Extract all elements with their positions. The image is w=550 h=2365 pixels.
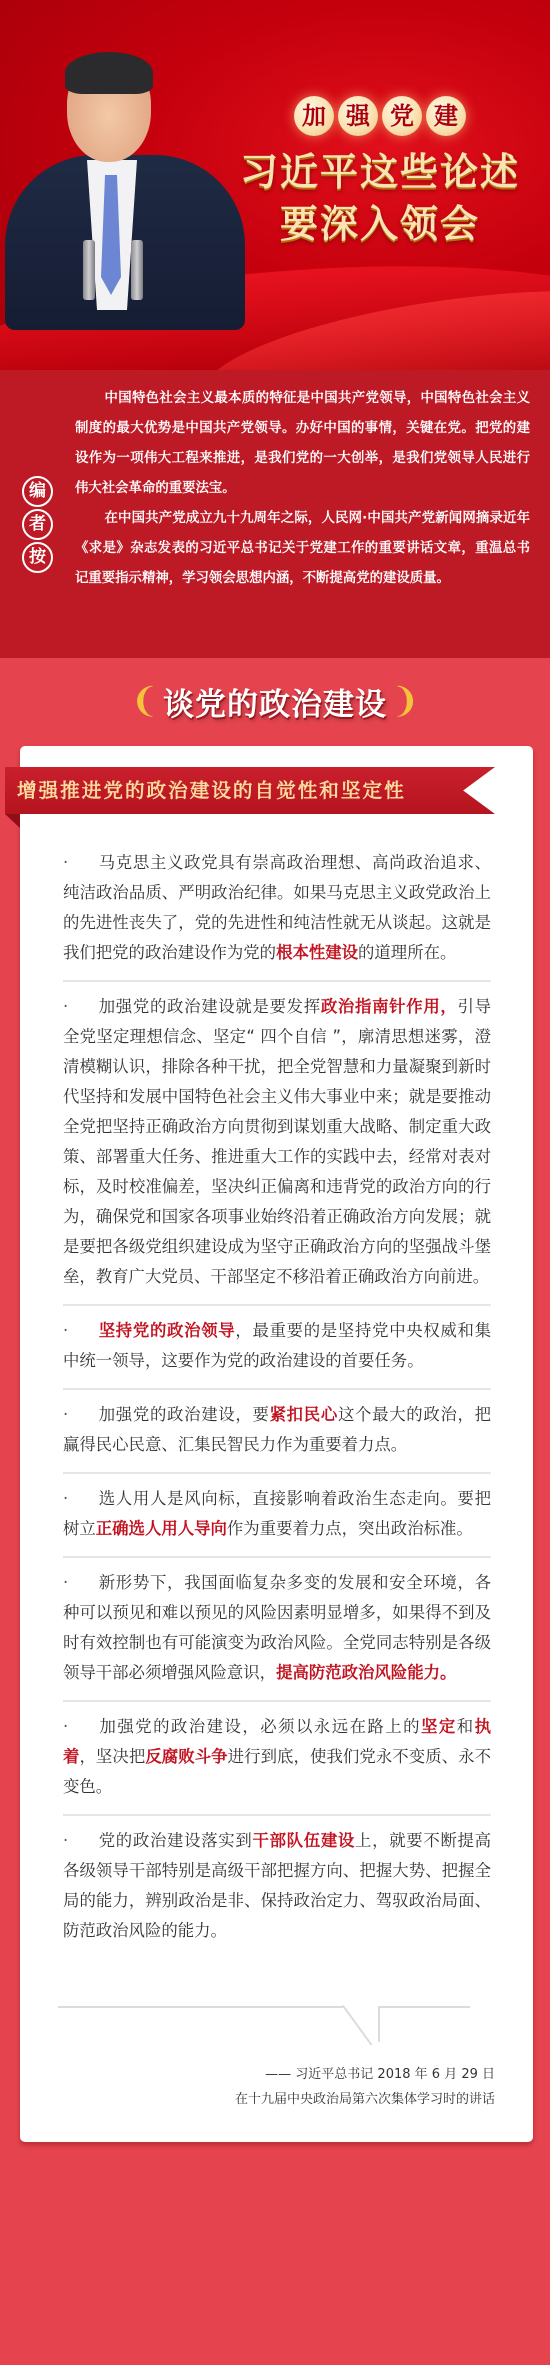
laurel-left-icon: ❨ xyxy=(131,678,160,724)
list-item: ·坚持党的政治领导，最重要的是坚持党中央权威和集中统一领导，这要作为党的政治建设… xyxy=(63,1306,491,1390)
list-item: ·新形势下，我国面临复杂多变的发展和安全环境，各种可以预见和难以预见的风险因素明… xyxy=(63,1558,491,1702)
list-item: ·马克思主义政党具有崇高政治理想、高尚政治追求、纯洁政治品质、严明政治纪律。如果… xyxy=(63,838,491,982)
section-political-building: ❨ 谈党的政治建设 ❩ 增强推进党的政治建设的自觉性和坚定性 ·马克思主义政党具… xyxy=(0,658,550,2178)
body-text: 的道理所在。 xyxy=(358,943,456,962)
hero-badge: 强 xyxy=(338,96,378,136)
highlight-text: 紧扣民心 xyxy=(270,1405,338,1424)
editor-note-char: 编 xyxy=(22,476,53,507)
hero-badge: 党 xyxy=(382,96,422,136)
highlight-text: 坚持党的政治领导 xyxy=(98,1321,235,1340)
hero-badge: 建 xyxy=(426,96,466,136)
laurel-right-icon: ❩ xyxy=(391,678,420,724)
editor-note-paragraph: 中国特色社会主义最本质的特征是中国共产党领导，中国特色社会主义制度的最大优势是中… xyxy=(75,384,530,504)
body-text: ，坚决把 xyxy=(79,1747,145,1766)
body-text: 引导全党坚定理想信念、坚定“ 四个自信 ”，廓清思想迷雾，澄清模糊认识，排除各种… xyxy=(63,997,491,1286)
section-title: 谈党的政治建设 xyxy=(163,679,387,724)
highlight-text: 坚定 xyxy=(421,1717,457,1736)
list-item: ·党的政治建设落实到干部队伍建设上，就要不断提高各级领导干部特别是高级干部把握方… xyxy=(63,1816,491,1958)
bullet-icon: · xyxy=(63,1568,98,1598)
banner-wrap: 增强推进党的政治建设的自觉性和坚定性 xyxy=(20,746,533,826)
source-line-1: —— 习近平总书记 2018 年 6 月 29 日 xyxy=(20,2062,495,2087)
body-text: 党的政治建设落实到 xyxy=(98,1831,252,1850)
bullet-icon: · xyxy=(63,992,98,1022)
body-text: 加强党的政治建设，要 xyxy=(98,1405,270,1424)
bullet-icon: · xyxy=(63,848,98,878)
list-item: ·加强党的政治建设就是要发挥政治指南针作用，引导全党坚定理想信念、坚定“ 四个自… xyxy=(63,982,491,1306)
editor-note-char: 按 xyxy=(22,542,53,573)
portrait-photo xyxy=(5,50,245,310)
editor-note-char: 者 xyxy=(22,509,53,540)
hero-badge: 加 xyxy=(294,96,334,136)
microphone-icon xyxy=(131,240,143,300)
bullet-icon: · xyxy=(63,1400,98,1430)
source-line-2: 在十九届中央政治局第六次集体学习时的讲话 xyxy=(20,2087,495,2112)
body-text: 加强党的政治建设就是要发挥 xyxy=(98,997,321,1016)
editor-note-paragraph: 在中国共产党成立九十九周年之际，人民网·中国共产党新闻网摘录近年《求是》杂志发表… xyxy=(75,504,530,594)
list-item: ·加强党的政治建设，必须以永远在路上的坚定和执着，坚决把反腐败斗争进行到底，使我… xyxy=(63,1702,491,1816)
highlight-text: 提高防范政治风险能力。 xyxy=(276,1663,456,1682)
quote-card: 增强推进党的政治建设的自觉性和坚定性 ·马克思主义政党具有崇高政治理想、高尚政治… xyxy=(20,746,533,2142)
banner-fold xyxy=(5,814,20,828)
bullet-icon: · xyxy=(63,1316,98,1346)
hero-banner: 加 强 党 建 习近平这些论述 要深入领会 xyxy=(0,0,550,370)
source-attribution: —— 习近平总书记 2018 年 6 月 29 日 在十九届中央政治局第六次集体… xyxy=(20,2042,533,2112)
bullet-icon: · xyxy=(63,1826,98,1856)
body-text: 作为重要着力点，突出政治标准。 xyxy=(227,1519,473,1538)
points-list: ·马克思主义政党具有崇高政治理想、高尚政治追求、纯洁政治品质、严明政治纪律。如果… xyxy=(20,826,533,1958)
highlight-text: 反腐败斗争 xyxy=(145,1747,227,1766)
editor-note: 编 者 按 中国特色社会主义最本质的特征是中国共产党领导，中国特色社会主义制度的… xyxy=(0,370,550,658)
hero-title-line-2: 要深入领会 xyxy=(225,198,535,250)
highlight-text: 正确选人用人导向 xyxy=(96,1519,227,1538)
highlight-text: 根本性建设 xyxy=(276,943,358,962)
list-item: ·选人用人是风向标，直接影响着政治生态走向。要把树立正确选人用人导向作为重要着力… xyxy=(63,1474,491,1558)
card-banner: 增强推进党的政治建设的自觉性和坚定性 xyxy=(5,767,495,814)
hero-title-line-1: 习近平这些论述 xyxy=(225,146,535,198)
bullet-icon: · xyxy=(63,1484,98,1514)
editor-note-mark: 编 者 按 xyxy=(22,476,53,573)
speech-bubble-line xyxy=(58,2006,495,2042)
highlight-text: 干部队伍建设 xyxy=(252,1831,355,1850)
microphone-icon xyxy=(83,240,95,300)
list-item: ·加强党的政治建设，要紧扣民心这个最大的政治，把赢得民心民意、汇集民智民力作为重… xyxy=(63,1390,491,1474)
hero-title: 加 强 党 建 习近平这些论述 要深入领会 xyxy=(225,96,535,250)
body-text: 和 xyxy=(457,1717,475,1736)
body-text: 加强党的政治建设，必须以永远在路上的 xyxy=(98,1717,421,1736)
bullet-icon: · xyxy=(63,1712,98,1742)
highlight-text: 政治指南针作用， xyxy=(321,997,458,1016)
section-heading: ❨ 谈党的政治建设 ❩ xyxy=(0,678,550,724)
hero-badges: 加 强 党 建 xyxy=(225,96,535,136)
